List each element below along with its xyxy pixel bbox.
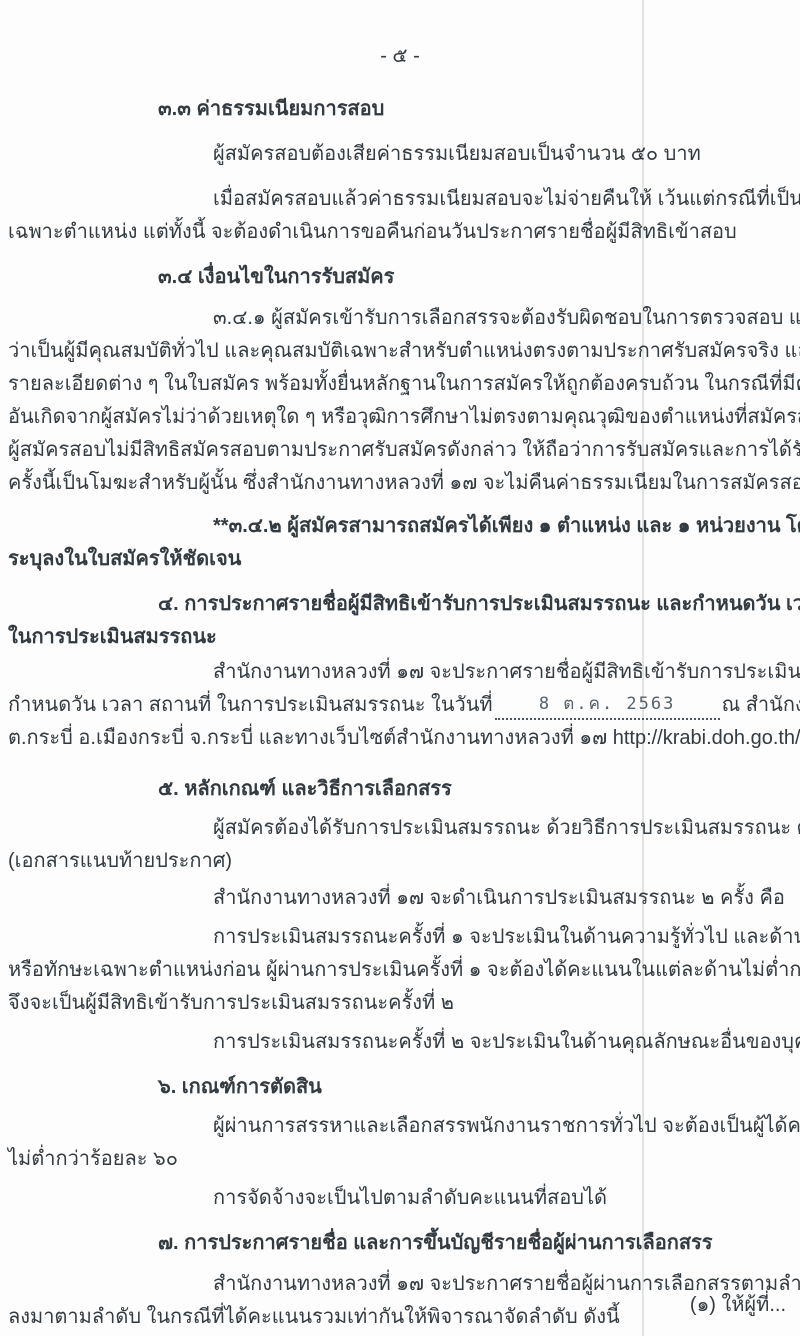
text-line: สำนักงานทางหลวงที่ ๑๗ จะดำเนินการประเมิน… [8,882,792,915]
text-line: (เอกสารแนบท้ายประกาศ) [8,845,792,878]
section-heading-4: ๔. การประกาศรายชื่อผู้มีสิทธิเข้ารับการป… [8,588,792,621]
text-line: เฉพาะตำแหน่ง แต่ทั้งนี้ จะต้องดำเนินการข… [8,216,792,249]
text-line: จึงจะเป็นผู้มีสิทธิเข้ารับการประเมินสมรร… [8,987,792,1020]
text-line: เมื่อสมัครสอบแล้วค่าธรรมเนียมสอบจะไม่จ่า… [8,183,792,216]
scanned-document-page: - ๕ - ๓.๓ ค่าธรรมเนียมการสอบผู้สมัครสอบต… [0,0,800,1336]
section-heading-3-3: ๓.๓ ค่าธรรมเนียมการสอบ [8,93,792,126]
section-heading-6: ๖. เกณฑ์การตัดสิน [8,1071,792,1104]
text-line: ลงมาตามลำดับ ในกรณีที่ได้คะแนนรวมเท่ากัน… [8,1301,792,1334]
document-body: - ๕ - ๓.๓ ค่าธรรมเนียมการสอบผู้สมัครสอบต… [8,40,792,1334]
page-number: - ๕ - [8,40,792,73]
text-line: สำนักงานทางหลวงที่ ๑๗ จะประกาศรายชื่อผู้… [8,1268,792,1301]
text-line: ไม่ต่ำกว่าร้อยละ ๖๐ [8,1143,792,1176]
text-line: การประเมินสมรรถนะครั้งที่ ๑ จะประเมินในด… [8,921,792,954]
text-line: ผู้สมัครสอบต้องเสียค่าธรรมเนียมสอบเป็นจำ… [8,138,792,171]
section-heading-7: ๗. การประกาศรายชื่อ และการขึ้นบัญชีรายชื… [8,1227,792,1260]
text-line: การประเมินสมรรถนะครั้งที่ ๒ จะประเมินในด… [8,1026,792,1059]
section-heading-3-4: ๓.๔ เงื่อนไขในการรับสมัคร [8,261,792,294]
text-line: ผู้สมัครต้องได้รับการประเมินสมรรถนะ ด้วย… [8,812,792,845]
text-line: สำนักงานทางหลวงที่ ๑๗ จะประกาศรายชื่อผู้… [8,656,792,689]
text-line: ระบุลงในใบสมัครให้ชัดเจน [8,543,792,576]
text-line: ต.กระบี่ อ.เมืองกระบี่ จ.กระบี่ และทางเว… [8,722,792,755]
date-stamp: 8 ต.ค. 2563 [539,692,676,716]
section-heading-4-wrap: ในการประเมินสมรรถนะ [8,621,792,654]
text-line: รายละเอียดต่าง ๆ ในใบสมัคร พร้อมทั้งยื่น… [8,368,792,401]
text-line: ว่าเป็นผู้มีคุณสมบัติทั่วไป และคุณสมบัติ… [8,335,792,368]
text-line: ผู้สมัครสอบไม่มีสิทธิสมัครสอบตามประกาศรั… [8,434,792,467]
text-line: อันเกิดจากผู้สมัครไม่ว่าด้วยเหตุใด ๆ หรื… [8,401,792,434]
text-line: ๓.๔.๑ ผู้สมัครเข้ารับการเลือกสรรจะต้องรั… [8,302,792,335]
date-line-suffix: ณ สำนักงานทางหลวงที่ ๑๗ [722,694,800,716]
text-line: หรือทักษะเฉพาะตำแหน่งก่อน ผู้ผ่านการประเ… [8,954,792,987]
section-heading-5: ๕. หลักเกณฑ์ และวิธีการเลือกสรร [8,773,792,806]
text-line: ผู้ผ่านการสรรหาและเลือกสรรพนักงานราชการท… [8,1110,792,1143]
text-line: **๓.๔.๒ ผู้สมัครสามารถสมัครได้เพียง ๑ ตำ… [8,510,792,543]
date-line: กำหนดวัน เวลา สถานที่ ในการประเมินสมรรถน… [8,689,792,722]
dotted-blank-line: 8 ต.ค. 2563 [495,693,720,720]
date-line-prefix: กำหนดวัน เวลา สถานที่ ในการประเมินสมรรถน… [8,694,493,716]
text-line: การจัดจ้างจะเป็นไปตามลำดับคะแนนที่สอบได้ [8,1182,792,1215]
text-line: ครั้งนี้เป็นโมฆะสำหรับผู้นั้น ซึ่งสำนักง… [8,467,792,500]
continuation-mark: (๑) ให้ผู้ที่... [690,1288,786,1320]
